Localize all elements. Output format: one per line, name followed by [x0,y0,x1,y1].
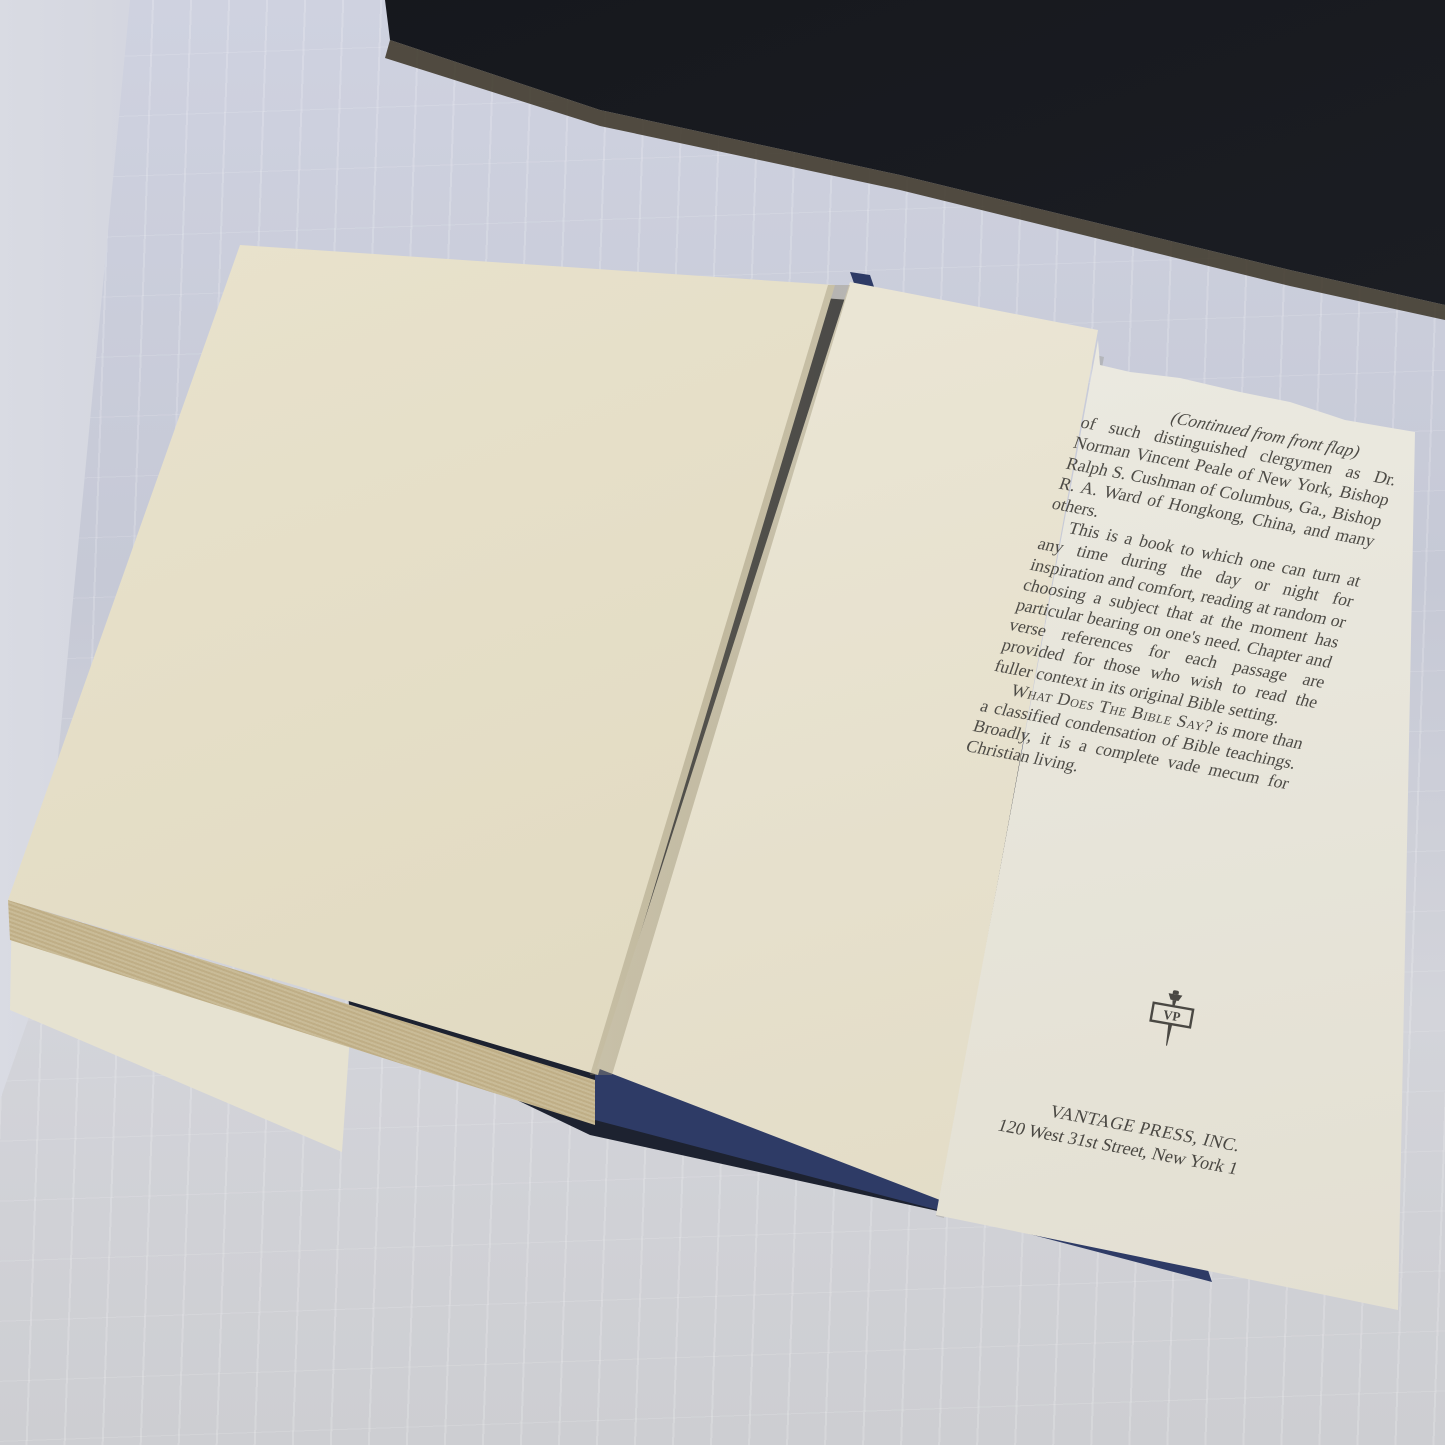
svg-text:VP: VP [1162,1007,1182,1025]
photo-scene: (Continued from front flap) of such dist… [0,0,1445,1445]
